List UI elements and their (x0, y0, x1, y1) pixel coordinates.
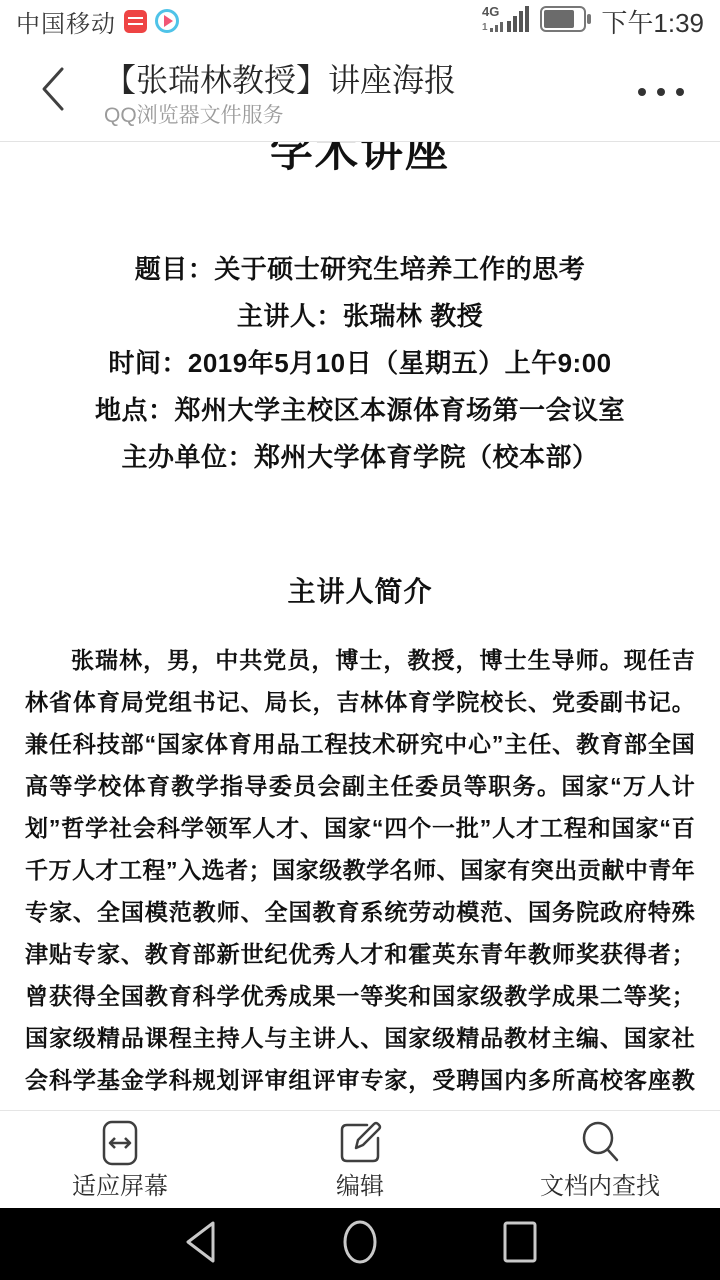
app-header: 【张瑞林教授】讲座海报 QQ浏览器文件服务 (0, 42, 720, 142)
clock-label: 下午1:39 (601, 3, 704, 40)
edit-icon (337, 1119, 383, 1167)
fit-screen-button[interactable]: 适应屏幕 (0, 1111, 240, 1208)
dot-icon (676, 88, 684, 96)
edit-button[interactable]: 编辑 (240, 1111, 480, 1208)
document-heading-clipped: 学术讲座 (0, 142, 720, 178)
play-circle-notification-icon (155, 9, 179, 33)
speaker-bio-heading: 主讲人简介 (0, 577, 720, 607)
edit-label: 编辑 (336, 1174, 384, 1200)
signal-strength-icon: 4G 1 (469, 3, 531, 40)
more-menu-button[interactable] (624, 62, 684, 122)
dot-icon (638, 88, 646, 96)
svg-text:4G: 4G (482, 4, 499, 19)
nav-home-button[interactable] (338, 1220, 382, 1268)
phone-screen: 中国移动 4G 1 (0, 0, 720, 1280)
dot-icon (657, 88, 665, 96)
detail-organizer: 主办单位：郑州大学体育学院（校本部） (0, 434, 720, 481)
document-source-label: QQ浏览器文件服务 (104, 102, 624, 130)
document-toolbar: 适应屏幕 编辑 文档内查找 (0, 1110, 720, 1208)
detail-topic: 题目：关于硕士研究生培养工作的思考 (0, 246, 720, 293)
detail-location: 地点：郑州大学主校区本源体育场第一会议室 (0, 387, 720, 434)
fit-screen-label: 适应屏幕 (72, 1174, 168, 1200)
back-button[interactable] (40, 62, 74, 122)
status-bar: 中国移动 4G 1 (0, 0, 720, 42)
nav-recents-button[interactable] (498, 1220, 542, 1268)
red-app-badge-icon (124, 10, 147, 33)
find-in-document-label: 文档内查找 (540, 1174, 660, 1200)
recents-square-icon (501, 1219, 539, 1270)
document-title: 【张瑞林教授】讲座海报 (104, 60, 624, 100)
nav-back-button[interactable] (178, 1220, 222, 1268)
fit-screen-icon (101, 1119, 139, 1167)
find-in-document-button[interactable]: 文档内查找 (480, 1111, 720, 1208)
lecture-title: 学术讲座 (0, 142, 720, 178)
status-bar-right: 4G 1 下午1:39 (469, 3, 704, 40)
android-navigation-bar (0, 1208, 720, 1280)
home-circle-icon (341, 1218, 379, 1271)
back-triangle-icon (183, 1219, 217, 1270)
battery-icon (540, 5, 592, 38)
back-chevron-icon (40, 65, 66, 118)
detail-time: 时间：2019年5月10日（星期五）上午9:00 (0, 340, 720, 387)
status-bar-left: 中国移动 (16, 4, 179, 39)
carrier-label: 中国移动 (16, 4, 116, 39)
header-titles: 【张瑞林教授】讲座海报 QQ浏览器文件服务 (104, 54, 624, 130)
detail-speaker: 主讲人：张瑞林 教授 (0, 293, 720, 340)
speaker-bio-paragraph: 张瑞林，男，中共党员，博士，教授，博士生导师。现任吉林省体育局党组书记、局长，吉… (25, 639, 695, 1110)
document-page[interactable]: 学术讲座 题目：关于硕士研究生培养工作的思考 主讲人：张瑞林 教授 时间：201… (0, 142, 720, 1110)
search-in-doc-icon (578, 1119, 622, 1167)
lecture-details: 题目：关于硕士研究生培养工作的思考 主讲人：张瑞林 教授 时间：2019年5月1… (0, 246, 720, 481)
svg-text:1: 1 (482, 22, 488, 33)
